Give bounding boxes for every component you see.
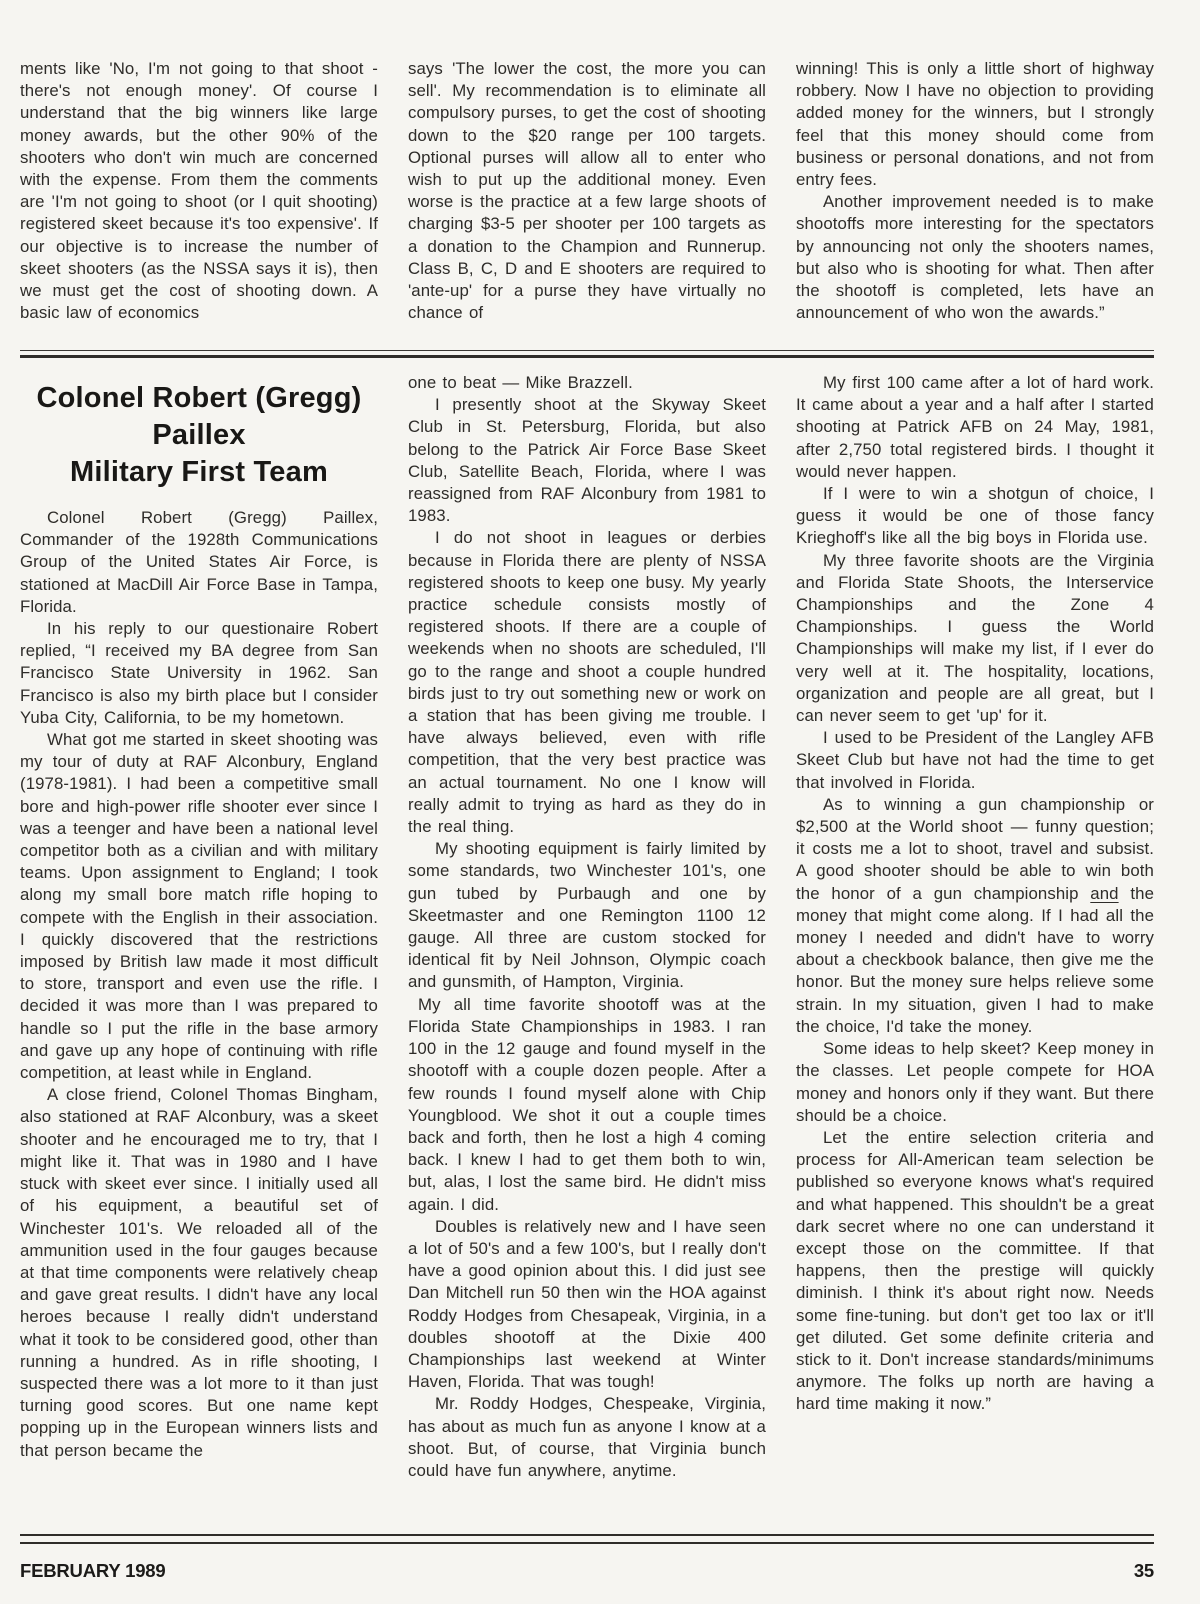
paragraph: Mr. Roddy Hodges, Chespeake, Virginia, h… xyxy=(408,1393,766,1482)
paragraph-with-underline: As to winning a gun championship or $2,5… xyxy=(796,794,1154,1038)
paragraph: Let the entire selection criteria and pr… xyxy=(796,1127,1154,1416)
paragraph: I presently shoot at the Skyway Skeet Cl… xyxy=(408,394,766,527)
intro-section: ments like 'No, I'm not going to that sh… xyxy=(0,0,1200,350)
article-title-line: Colonel Robert (Gregg) xyxy=(20,380,378,417)
page-footer: FEBRUARY 1989 35 xyxy=(20,1534,1154,1582)
article-title-line: Paillex xyxy=(20,417,378,454)
paragraph: My all time favorite shootoff was at the… xyxy=(408,994,766,1216)
issue-date: FEBRUARY 1989 xyxy=(20,1560,165,1582)
paragraph: My first 100 came after a lot of hard wo… xyxy=(796,372,1154,483)
article-column-3: My first 100 came after a lot of hard wo… xyxy=(796,372,1154,1530)
paragraph: Another improvement needed is to make sh… xyxy=(796,191,1154,324)
paragraph: I used to be President of the Langley AF… xyxy=(796,727,1154,794)
paragraph: winning! This is only a little short of … xyxy=(796,58,1154,191)
paragraph: My shooting equipment is fairly limited … xyxy=(408,838,766,993)
paragraph: one to beat — Mike Brazzell. xyxy=(408,372,766,394)
page-number: 35 xyxy=(1134,1560,1154,1582)
article-title-line: Military First Team xyxy=(20,454,378,491)
underlined-word: and xyxy=(1090,884,1118,903)
paragraph-text: the money that might come along. If I ha… xyxy=(796,884,1154,1036)
article-title: Colonel Robert (Gregg) Paillex Military … xyxy=(20,380,378,491)
paragraph: Doubles is relatively new and I have see… xyxy=(408,1216,766,1394)
paragraph: I do not shoot in leagues or derbies bec… xyxy=(408,527,766,838)
paragraph: In his reply to our questionaire Robert … xyxy=(20,618,378,729)
paragraph: says 'The lower the cost, the more you c… xyxy=(408,58,766,324)
paragraph: My three favorite shoots are the Virgini… xyxy=(796,550,1154,728)
section-divider-rule xyxy=(20,350,1154,358)
intro-column-2: says 'The lower the cost, the more you c… xyxy=(408,58,766,350)
footer-divider-rule xyxy=(20,1534,1154,1544)
paragraph: Some ideas to help skeet? Keep money in … xyxy=(796,1038,1154,1127)
article-column-2: one to beat — Mike Brazzell. I presently… xyxy=(408,372,766,1530)
paragraph: ments like 'No, I'm not going to that sh… xyxy=(20,58,378,324)
intro-column-3: winning! This is only a little short of … xyxy=(796,58,1154,350)
paragraph: What got me started in skeet shooting wa… xyxy=(20,729,378,1084)
intro-column-1: ments like 'No, I'm not going to that sh… xyxy=(20,58,378,350)
paragraph: Colonel Robert (Gregg) Paillex, Commande… xyxy=(20,507,378,618)
article-section: Colonel Robert (Gregg) Paillex Military … xyxy=(0,372,1200,1530)
paragraph: If I were to win a shotgun of choice, I … xyxy=(796,483,1154,550)
article-column-1: Colonel Robert (Gregg) Paillex Military … xyxy=(20,372,378,1530)
paragraph: A close friend, Colonel Thomas Bingham, … xyxy=(20,1084,378,1461)
magazine-page: ments like 'No, I'm not going to that sh… xyxy=(0,0,1200,1604)
